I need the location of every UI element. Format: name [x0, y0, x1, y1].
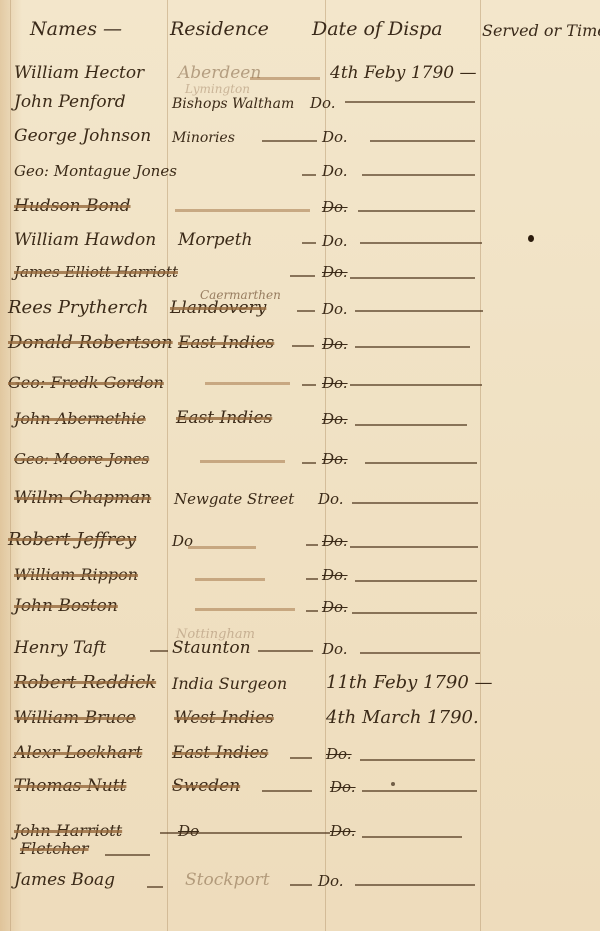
header-served: Served or Time [482, 21, 600, 40]
dash-rule [358, 210, 475, 212]
header-residence: Residence [170, 18, 269, 40]
dash-rule [302, 384, 316, 386]
entry-name: Hudson Bond [14, 196, 131, 216]
dash-rule [290, 884, 312, 886]
entry-residence: Minories [172, 130, 235, 146]
entry-date: 11th Feby 1790 — [326, 672, 493, 693]
register-row: Thomas Nutt Sweden Do. [0, 768, 600, 802]
dash-rule [262, 790, 312, 792]
dash-rule [250, 77, 320, 80]
entry-name: William Rippon [14, 565, 138, 584]
entry-date: Do. [322, 162, 348, 180]
dash-rule [350, 384, 482, 386]
header-names: Names — [30, 18, 122, 40]
entry-name: William Hector [14, 63, 144, 83]
entry-residence: Morpeth [178, 230, 253, 250]
dash-rule [355, 580, 477, 582]
entry-residence: West Indies [174, 708, 274, 728]
entry-name: Donald Robertson [8, 332, 173, 353]
entry-name: George Johnson [14, 126, 151, 146]
entry-name: John Boston [14, 596, 118, 616]
entry-date: Do. [322, 598, 348, 616]
entry-date: Do. [322, 566, 348, 584]
dash-rule [195, 608, 295, 611]
entry-name: William Hawdon [14, 230, 156, 250]
entry-name: Fletcher [20, 839, 89, 858]
entry-date: Do. [322, 410, 348, 428]
dash-rule [205, 382, 290, 385]
entry-name: Robert Reddick [14, 672, 156, 693]
dash-rule [188, 546, 256, 549]
dash-rule [360, 652, 480, 654]
dash-rule [352, 612, 477, 614]
register-row: Willm Chapman Newgate Street Do. [0, 480, 600, 514]
dash-rule [345, 101, 475, 103]
entry-name: Henry Taft [14, 638, 106, 658]
entry-residence: East Indies [178, 333, 274, 353]
entry-name: Robert Jeffrey [8, 529, 136, 550]
register-row: Caermarthen Rees Prytherch Llandovery Do… [0, 290, 600, 324]
dash-rule [302, 462, 316, 464]
entry-date: Do. [322, 640, 348, 658]
register-row: James Boag Stockport Do. [0, 862, 600, 896]
dash-rule [355, 346, 470, 348]
dash-rule [306, 578, 318, 580]
entry-date: Do. [322, 450, 348, 468]
ink-spot [391, 782, 395, 786]
entry-date: Do. [326, 745, 352, 763]
entry-date: Do. [322, 300, 348, 318]
register-row: Geo: Moore Jones Do. [0, 440, 600, 474]
entry-date: 4th Feby 1790 — [330, 63, 476, 83]
dash-rule [195, 578, 265, 581]
entry-name: Willm Chapman [14, 488, 151, 508]
entry-residence: Bishops Waltham [172, 96, 294, 112]
dash-rule [352, 502, 478, 504]
entry-name: Geo: Moore Jones [14, 450, 149, 468]
entry-date: Do. [322, 198, 348, 216]
dash-rule [306, 544, 318, 546]
dash-rule [302, 242, 316, 244]
entry-name: James Boag [14, 870, 115, 890]
entry-residence: Stockport [185, 870, 270, 890]
dash-rule [350, 546, 478, 548]
entry-residence: Llandovery [170, 298, 266, 318]
register-row: John Boston Do. [0, 588, 600, 622]
strike-rule [105, 854, 150, 856]
entry-name: John Abernethie [14, 409, 146, 428]
register-row: William Hawdon Morpeth Do. [0, 222, 600, 256]
dash-rule [365, 462, 477, 464]
dash-rule [150, 650, 168, 652]
register-row: William Rippon Do. [0, 556, 600, 590]
entry-date: 4th March 1790. [326, 707, 479, 728]
entry-name: Geo: Montague Jones [14, 162, 177, 180]
dash-rule [360, 759, 475, 761]
entry-interlinear: Lymington [185, 82, 250, 96]
entry-date: Do. [322, 374, 348, 392]
register-row: Donald Robertson East Indies Do. [0, 325, 600, 359]
dash-rule [258, 650, 313, 652]
register-row: Nottingham Henry Taft Staunton Do. [0, 630, 600, 664]
dash-rule [355, 424, 467, 426]
dash-rule [290, 757, 312, 759]
entry-name: James Elliott Harriott [14, 263, 178, 281]
register-row: Alexr Lockhart East Indies Do. [0, 735, 600, 769]
register-row: Robert Reddick India Surgeon 11th Feby 1… [0, 665, 600, 699]
register-row: William Bruce West Indies 4th March 1790… [0, 700, 600, 734]
entry-residence: East Indies [176, 408, 272, 428]
entry-date: Do. [322, 128, 348, 146]
register-row: George Johnson Minories Do. [0, 118, 600, 152]
entry-residence: Newgate Street [174, 490, 294, 508]
dash-rule [147, 886, 163, 888]
register-row: Robert Jeffrey Do Do. [0, 522, 600, 556]
dash-rule [306, 610, 318, 612]
entry-name: Geo: Fredk Gordon [8, 373, 164, 392]
dash-rule [297, 310, 315, 312]
entry-residence: Sweden [172, 776, 240, 796]
entry-date: Do. [322, 232, 348, 250]
dash-rule [290, 275, 315, 277]
entry-residence: Staunton [172, 638, 251, 658]
register-row: Fletcher [0, 830, 600, 864]
entry-date: Do. [318, 872, 344, 890]
entry-name: William Bruce [14, 708, 136, 728]
header-date: Date of Dispa [312, 18, 443, 40]
register-row: John Abernethie East Indies Do. [0, 400, 600, 434]
dash-rule [360, 242, 482, 244]
dash-rule [302, 174, 316, 176]
entry-residence: India Surgeon [172, 674, 287, 693]
entry-name: Rees Prytherch [8, 297, 148, 318]
dash-rule [370, 140, 475, 142]
dash-rule [262, 140, 317, 142]
register-page: Names — Residence Date of Dispa Served o… [0, 0, 600, 931]
entry-name: Alexr Lockhart [14, 743, 142, 763]
register-row: Lymington John Penford Bishops Waltham D… [0, 84, 600, 118]
register-row: James Elliott Harriott Do. [0, 253, 600, 287]
ink-blot [528, 235, 534, 242]
entry-date: Do. [322, 263, 348, 281]
entry-date: Do. [330, 778, 356, 796]
dash-rule [350, 277, 475, 279]
entry-date: Do. [322, 335, 348, 353]
register-row: Hudson Bond Do. [0, 188, 600, 222]
entry-date: Do. [318, 490, 344, 508]
register-row: Geo: Fredk Gordon Do. [0, 364, 600, 398]
dash-rule [175, 209, 310, 212]
dash-rule [292, 345, 314, 347]
register-row: Geo: Montague Jones Do. [0, 152, 600, 186]
dash-rule [362, 174, 475, 176]
dash-rule [355, 310, 483, 312]
entry-residence: East Indies [172, 743, 268, 763]
entry-date: Do. [322, 532, 348, 550]
entry-residence: Aberdeen [178, 63, 261, 83]
column-headers: Names — Residence Date of Dispa Served o… [0, 12, 600, 52]
dash-rule [200, 460, 285, 463]
entry-date: Do. [310, 94, 336, 112]
dash-rule [355, 884, 475, 886]
entry-name: Thomas Nutt [14, 776, 126, 796]
entry-name: John Penford [14, 92, 126, 112]
dash-rule [362, 790, 477, 792]
